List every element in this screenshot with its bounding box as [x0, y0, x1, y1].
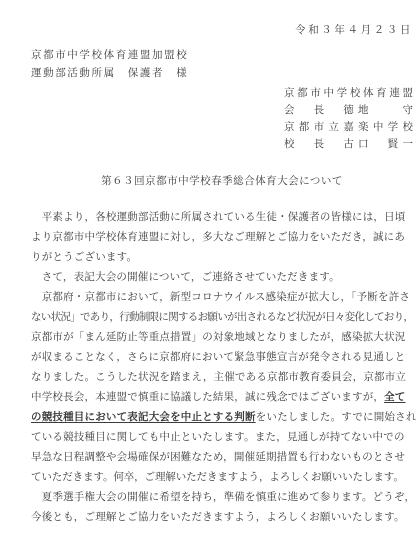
body-text: をいたしました。すでに開始され	[256, 411, 417, 423]
body-text: 夏季選手権大会の開催に希望を持ち，準備を慎重に進めて参ります。どうぞ，	[31, 491, 415, 503]
body-line: なりました。こうした状況を踏まえ，主催である京都市教育委員会，京都市立	[31, 367, 413, 387]
sender-block: 京都市中学校体育連盟 会 長 德地 守 京都市立嘉楽中学校 校 長 古口 賢一	[284, 85, 413, 153]
body-line: 平素より，各校運動部活動に所属されている生徒・保護者の皆様には，日頃	[31, 207, 413, 227]
sender-chairman: 会 長 德地 守	[284, 102, 413, 119]
body-line: 京都府・京都市において，新型コロナウイルス感染症が拡大し，「予断を許さ	[31, 287, 413, 307]
body-line: が収まることなく，さらに京都府において緊急事態宣言が発令される見通しと	[31, 347, 413, 367]
body-line: ている競技種目に関しても中止といたします。また，見通しが持てない中での	[31, 427, 413, 447]
body-line: 早急な日程調整や会場確保が困難なため，開催延期措置も行わないものとさせ	[31, 447, 413, 467]
body-line: より京都市中学校体育連盟に対し，多大なご理解とご協力をいただき，誠にあ	[31, 227, 413, 247]
body-line: さて，表記大会の開催について，ご連絡させていただきます。	[31, 267, 413, 287]
body-text: 平素より，各校運動部活動に所属されている生徒・保護者の皆様には，日頃	[31, 211, 406, 223]
body-text: 早急な日程調整や会場確保が困難なため，開催延期措置も行わないものとさせ	[31, 451, 405, 463]
sender-principal: 校 長 古口 賢一	[284, 136, 413, 153]
body-text: ない状況」であり，行動制限に関するお願いが出されるなど状況が日々変化しており，	[31, 311, 413, 323]
body-line: 夏季選手権大会の開催に希望を持ち，準備を慎重に進めて参ります。どうぞ，	[31, 487, 413, 507]
body-line: ない状況」であり，行動制限に関するお願いが出されるなど状況が日々変化しており，	[31, 307, 413, 327]
body-text: 中学校長会，本連盟で慎重に協議した結果，誠に残念ではございますが，	[31, 391, 384, 403]
body-text: りがとうございます。	[31, 251, 137, 263]
emphasized-cancellation-text: の競技種目において表記大会を中止とする判断	[31, 411, 256, 423]
body-text: 今後とも，ご理解とご協力をいただきますよう，よろしくお願いいたします。	[31, 511, 405, 523]
body-text: 京都府・京都市において，新型コロナウイルス感染症が拡大し，「予断を許さ	[31, 291, 410, 303]
body-text: ていただきます。何卒，ご理解いただきますよう，よろしくお願いいたします。	[31, 471, 404, 483]
recipient-block: 京都市中学校体育連盟加盟校 運動部活動所属 保護者 様	[31, 47, 413, 82]
sender-school: 京都市立嘉楽中学校	[284, 119, 413, 136]
body-line: りがとうございます。	[31, 247, 413, 267]
date: 令和３年４月２３日	[31, 24, 413, 36]
letter-page: 令和３年４月２３日 京都市中学校体育連盟加盟校 運動部活動所属 保護者 様 京都…	[0, 0, 420, 540]
body-line: 今後とも，ご理解とご協力をいただきますよう，よろしくお願いいたします。	[31, 507, 413, 527]
body-line: の競技種目において表記大会を中止とする判断をいたしました。すでに開始され	[31, 407, 413, 427]
body-text: より京都市中学校体育連盟に対し，多大なご理解とご協力をいただき，誠にあ	[31, 231, 405, 243]
body-line: 中学校長会，本連盟で慎重に協議した結果，誠に残念ではございますが，全て	[31, 387, 413, 407]
body: 平素より，各校運動部活動に所属されている生徒・保護者の皆様には，日頃より京都市中…	[31, 207, 413, 527]
body-text: 京都市が「まん延防止等重点措置」の対象地域となりましたが，感染拡大状況	[31, 331, 406, 343]
recipient-line: 運動部活動所属 保護者 様	[31, 65, 413, 83]
emphasized-cancellation-text: 全て	[384, 391, 405, 403]
recipient-line: 京都市中学校体育連盟加盟校	[31, 47, 413, 65]
body-line: ていただきます。何卒，ご理解いただきますよう，よろしくお願いいたします。	[31, 467, 413, 487]
body-text: なりました。こうした状況を踏まえ，主催である京都市教育委員会，京都市立	[31, 371, 406, 383]
sender-organization: 京都市中学校体育連盟	[284, 85, 413, 102]
document-title: 第６３回京都市中学校春季総合体育大会について	[31, 175, 413, 188]
body-text: ている競技種目に関しても中止といたします。また，見通しが持てない中での	[31, 431, 405, 443]
body-text: が収まることなく，さらに京都府において緊急事態宣言が発令される見通しと	[31, 351, 405, 363]
body-line: 京都市が「まん延防止等重点措置」の対象地域となりましたが，感染拡大状況	[31, 327, 413, 347]
body-text: さて，表記大会の開催について，ご連絡させていただきます。	[31, 271, 340, 283]
